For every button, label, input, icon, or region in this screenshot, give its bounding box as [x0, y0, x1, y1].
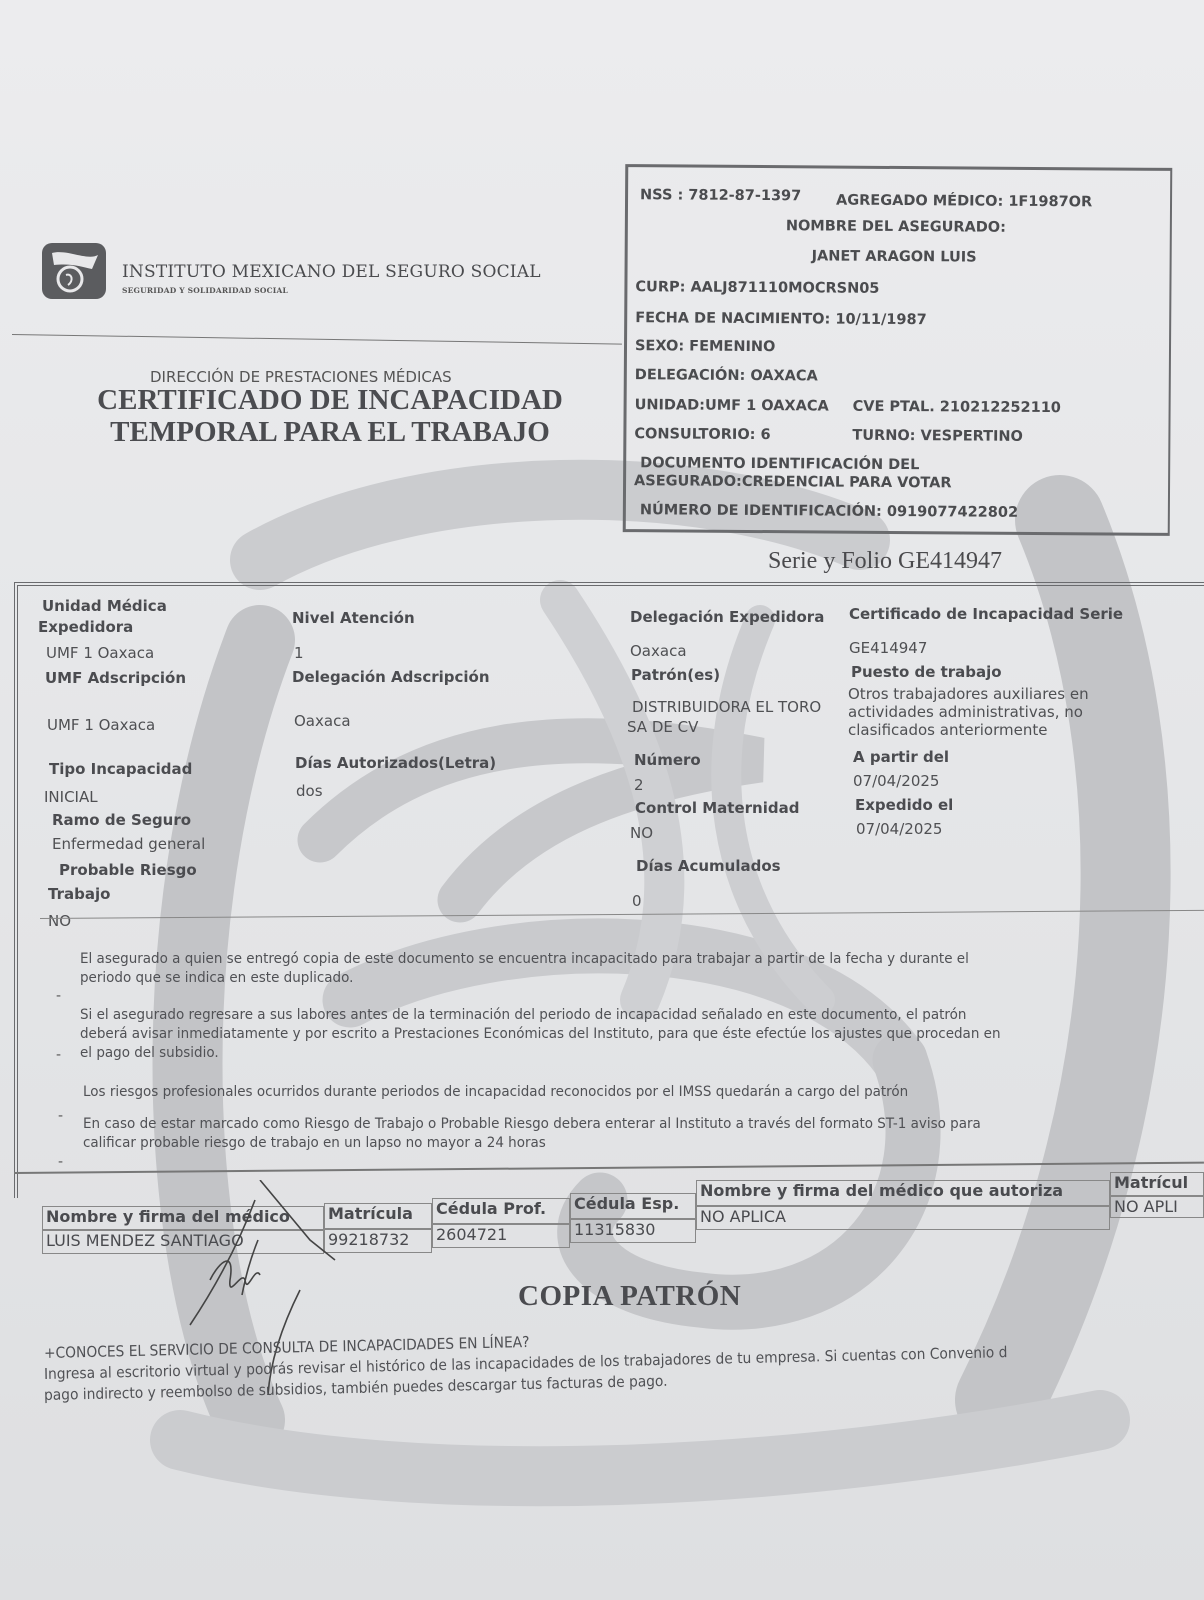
numero-label: Número [634, 751, 701, 769]
header-medico-autoriza: Nombre y firma del médico que autoriza [696, 1180, 1110, 1206]
riesgo-trabajo-label: Probable Riesgo [59, 861, 197, 879]
certificado-serie-value: GE414947 [849, 639, 927, 657]
fecha-nacimiento: FECHA DE NACIMIENTO: 10/11/1987 [635, 310, 927, 328]
unidad: UNIDAD:UMF 1 OAXACA [635, 397, 829, 414]
unidad-medica-label-2: Expedidora [38, 618, 133, 636]
header-divider [12, 334, 622, 345]
riesgo-trabajo-label-2: Trabajo [48, 885, 110, 903]
patron-label: Patrón(es) [631, 666, 720, 684]
dias-autorizados-value: dos [296, 782, 323, 800]
note-4: En caso de estar marcado como Riesgo de … [83, 1115, 1143, 1153]
copia-patron-label: COPIA PATRÓN [518, 1280, 741, 1313]
document-page: INSTITUTO MEXICANO DEL SEGURO SOCIAL SEG… [0, 0, 1204, 1600]
agregado-medico: AGREGADO MÉDICO: 1F1987OR [836, 193, 1092, 211]
nombre-asegurado: JANET ARAGON LUIS [812, 248, 977, 265]
sexo: SEXO: FEMENINO [635, 338, 775, 355]
note-bullet: - [56, 1047, 61, 1063]
numero-value: 2 [634, 776, 644, 794]
delegacion-adscripcion-label: Delegación Adscripción [292, 668, 490, 686]
note-2: Si el asegurado regresare a sus labores … [80, 1006, 1168, 1063]
cell-medico-autoriza: NO APLICA [696, 1206, 1110, 1230]
dias-autorizados-label: Días Autorizados(Letra) [295, 754, 496, 772]
delegacion-expedidora-label: Delegación Expedidora [630, 608, 824, 626]
umf-adscripcion-label: UMF Adscripción [45, 669, 186, 687]
patient-info-box: NSS : 7812-87-1397 AGREGADO MÉDICO: 1F19… [623, 164, 1173, 536]
nivel-atencion-label: Nivel Atención [292, 609, 415, 627]
cell-cedula-esp: 11315830 [570, 1219, 696, 1243]
patron-value-line-1: DISTRIBUIDORA EL TORO [632, 698, 821, 716]
umf-adscripcion-value: UMF 1 Oaxaca [47, 716, 155, 734]
ramo-seguro-value: Enfermedad general [52, 835, 205, 853]
cve-ptal: CVE PTAL. 210212252110 [853, 399, 1061, 416]
puesto-trabajo-label: Puesto de trabajo [851, 663, 1002, 681]
note-3: Los riesgos profesionales ocurridos dura… [83, 1083, 1106, 1102]
a-partir-value: 07/04/2025 [853, 772, 939, 790]
tipo-incapacidad-label: Tipo Incapacidad [49, 760, 192, 778]
control-maternidad-value: NO [630, 824, 653, 842]
header-matricula-autoriza: Matrícul [1110, 1172, 1204, 1196]
unidad-medica-value: UMF 1 Oaxaca [46, 644, 154, 662]
expedido-label: Expedido el [855, 796, 953, 814]
nss: NSS : 7812-87-1397 [640, 187, 801, 204]
cell-matricula: 99218732 [324, 1229, 432, 1253]
nivel-atencion-value: 1 [294, 644, 304, 662]
dias-acumulados-value: 0 [632, 892, 642, 910]
delegacion: DELEGACIÓN: OAXACA [635, 367, 818, 384]
curp: CURP: AALJ871110MOCRSN05 [635, 279, 879, 297]
header-nombre-medico: Nombre y firma del médico [42, 1206, 324, 1230]
unidad-medica-label: Unidad Médica [42, 597, 167, 615]
expedido-value: 07/04/2025 [856, 820, 942, 838]
documento-id-line-1: DOCUMENTO IDENTIFICACIÓN DEL [640, 455, 919, 473]
delegacion-adscripcion-value: Oaxaca [294, 712, 351, 730]
imss-logo-icon [42, 243, 106, 299]
institution-name: INSTITUTO MEXICANO DEL SEGURO SOCIAL [122, 262, 541, 282]
header-cedula-prof: Cédula Prof. [432, 1198, 570, 1224]
control-maternidad-label: Control Maternidad [635, 799, 799, 817]
tipo-incapacidad-value: INICIAL [44, 788, 98, 806]
header-cedula-esp: Cédula Esp. [570, 1193, 696, 1219]
header-matricula: Matrícula [324, 1203, 432, 1229]
note-bullet: - [58, 1108, 63, 1124]
a-partir-label: A partir del [853, 748, 949, 766]
certificado-serie-label: Certificado de Incapacidad Serie [849, 605, 1123, 623]
documento-id-line-2: ASEGURADO:CREDENCIAL PARA VOTAR [634, 473, 952, 491]
note-bullet: - [56, 988, 61, 1004]
page-title: CERTIFICADO DE INCAPACIDAD TEMPORAL PARA… [80, 384, 580, 448]
cell-nombre-medico: LUIS MENDEZ SANTIAGO [42, 1230, 324, 1254]
institution-subtitle: SEGURIDAD Y SOLIDARIDAD SOCIAL [122, 286, 288, 295]
title-line-1: CERTIFICADO DE INCAPACIDAD [80, 384, 580, 416]
cell-cedula-prof: 2604721 [432, 1224, 570, 1248]
consultorio: CONSULTORIO: 6 [634, 426, 770, 443]
numero-identificacion: NÚMERO DE IDENTIFICACIÓN: 0919077422802 [640, 502, 1018, 521]
note-bullet: - [58, 1154, 63, 1170]
patron-value-line-2: SA DE CV [627, 718, 698, 736]
cell-matricula-autoriza: NO APLI [1110, 1196, 1204, 1218]
ramo-seguro-label: Ramo de Seguro [52, 811, 191, 829]
nombre-label: NOMBRE DEL ASEGURADO: [786, 218, 1006, 236]
certificate-details-box [14, 582, 1204, 1198]
riesgo-trabajo-value: NO [48, 912, 71, 930]
title-line-2: TEMPORAL PARA EL TRABAJO [80, 416, 580, 448]
note-1: El asegurado a quien se entregó copia de… [80, 950, 1140, 988]
serie-folio: Serie y Folio GE414947 [768, 548, 1002, 575]
delegacion-expedidora-value: Oaxaca [630, 642, 687, 660]
puesto-trabajo-value: Otros trabajadores auxiliares en activid… [848, 685, 1110, 739]
turno: TURNO: VESPERTINO [852, 428, 1023, 445]
dias-acumulados-label: Días Acumulados [636, 857, 781, 875]
